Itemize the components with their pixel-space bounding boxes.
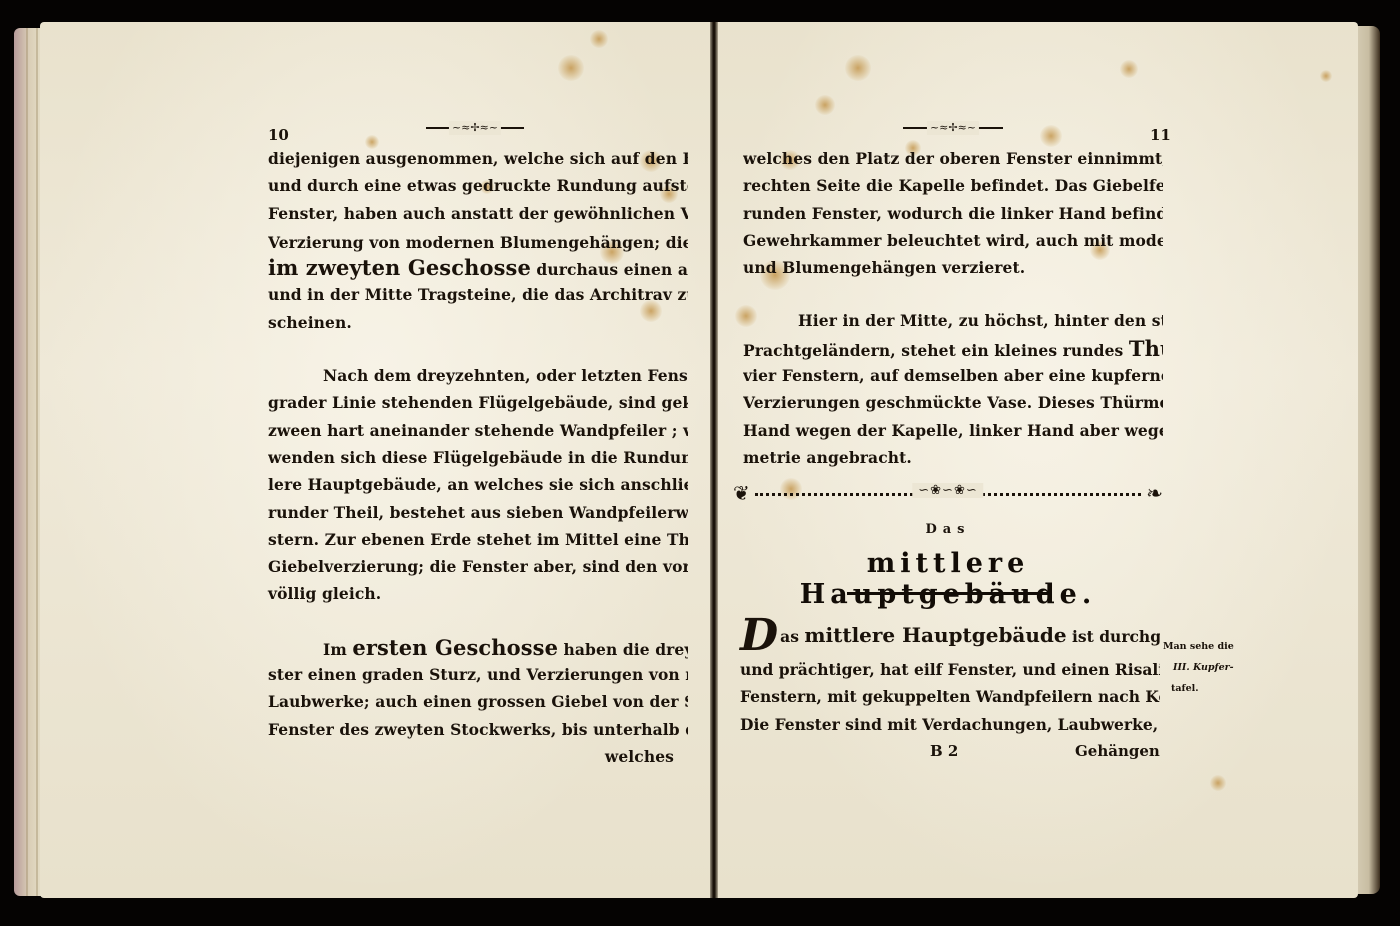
text-line: zween hart aneinander stehende Wandpfeil… bbox=[268, 417, 688, 444]
text-line: und in der Mitte Tragsteine, die das Arc… bbox=[268, 281, 688, 308]
decorative-vignette: ❦ ∽❀∽❀∽ ❧ bbox=[733, 482, 1163, 506]
margin-note: Man sehe die III. Kupfer- tafel. bbox=[1163, 636, 1235, 699]
page-number-right: 11 bbox=[1150, 126, 1171, 144]
text-line: rechten Seite die Kapelle befindet. Das … bbox=[743, 172, 1163, 199]
floral-ornament-icon: ∽❀∽❀∽ bbox=[912, 483, 983, 498]
text-line: Verzierung von modernen Blumengehängen; … bbox=[268, 227, 688, 254]
text-line: Giebelverzierung; die Fenster aber, sind… bbox=[268, 553, 688, 580]
section-paragraph: D as mittlere Hauptgebäude ist durchgehe… bbox=[740, 622, 1160, 738]
text-line: Hier in der Mitte, zu höchst, hinter den… bbox=[743, 307, 1163, 334]
text-line: stern. Zur ebenen Erde stehet im Mittel … bbox=[268, 526, 688, 553]
text-line: wenden sich diese Flügelgebäude in die R… bbox=[268, 444, 688, 471]
text-line: welches den Platz der oberen Fenster ein… bbox=[743, 145, 1163, 172]
section-heading-small: Das bbox=[733, 522, 1163, 537]
text-line: Prachtgeländern, stehet ein kleines rund… bbox=[743, 335, 1163, 362]
emphasis-text: im zweyten Geschosse bbox=[268, 255, 531, 280]
text-line: völlig gleich. bbox=[268, 580, 688, 607]
heading-rule bbox=[847, 592, 1049, 595]
page-number-left: 10 bbox=[268, 126, 289, 144]
text-line: Nach dem dreyzehnten, oder letzten Fenst… bbox=[268, 362, 688, 389]
left-page-body: diejenigen ausgenommen, welche sich auf … bbox=[268, 145, 688, 770]
drop-cap: D bbox=[740, 616, 778, 656]
text-line: und Blumengehängen verzieret. bbox=[743, 254, 1163, 281]
text-line: grader Linie stehenden Flügelgebäude, si… bbox=[268, 389, 688, 416]
text-line: und durch eine etwas gedruckte Rundung a… bbox=[268, 172, 688, 199]
text-line: lere Hauptgebäude, an welches sie sich a… bbox=[268, 471, 688, 498]
text-line: Laubwerke; auch einen grossen Giebel von… bbox=[268, 688, 688, 715]
text-line: scheinen. bbox=[268, 309, 688, 336]
header-ornament-right: ~≈✢≈~ bbox=[903, 124, 1003, 134]
text-line: Hand wegen der Kapelle, linker Hand aber… bbox=[743, 417, 1163, 444]
emphasis-text: ersten Geschosse bbox=[352, 635, 558, 660]
ornament-knot-icon: ~≈✢≈~ bbox=[927, 121, 979, 135]
text-line: diejenigen ausgenommen, welche sich auf … bbox=[268, 145, 688, 172]
catchword-left: welches bbox=[268, 743, 688, 770]
header-ornament-left: ~≈✢≈~ bbox=[426, 124, 524, 134]
emphasis-text: mittlere Hauptgebäude bbox=[804, 623, 1066, 647]
scroll-curl-icon: ❧ bbox=[1146, 482, 1163, 504]
text-line: as mittlere Hauptgebäude ist durchgehend… bbox=[780, 622, 1160, 654]
text-line: Im ersten Geschosse haben die drey mittl… bbox=[268, 634, 688, 661]
text-line: Die Fenster sind mit Verdachungen, Laubw… bbox=[740, 711, 1160, 738]
text-line: und prächtiger, hat eilf Fenster, und ei… bbox=[740, 656, 1160, 683]
signature-mark: B 2 bbox=[930, 742, 958, 760]
ornament-knot-icon: ~≈✢≈~ bbox=[449, 121, 501, 135]
open-book: 10 ~≈✢≈~ diejenigen ausgenommen, welche … bbox=[0, 0, 1400, 926]
text-line: runder Theil, bestehet aus sieben Wandpf… bbox=[268, 499, 688, 526]
section-heading: mittlere Hauptgebäude. bbox=[733, 548, 1163, 610]
scroll-curl-icon: ❦ bbox=[733, 482, 750, 504]
text-line: Fenstern, mit gekuppelten Wandpfeilern n… bbox=[740, 683, 1160, 710]
text-line: Fenster des zweyten Stockwerks, bis unte… bbox=[268, 716, 688, 743]
right-page-body: welches den Platz der oberen Fenster ein… bbox=[743, 145, 1163, 471]
text-line: im zweyten Geschosse durchaus einen abge… bbox=[268, 254, 688, 281]
text-line: Fenster, haben auch anstatt der gewöhnli… bbox=[268, 200, 688, 227]
book-gutter bbox=[710, 22, 718, 898]
text-line: runden Fenster, wodurch die linker Hand … bbox=[743, 200, 1163, 227]
text-line: vier Fenstern, auf demselben aber eine k… bbox=[743, 362, 1163, 389]
emphasis-text: Thürmchen bbox=[1129, 336, 1163, 361]
text-line: metrie angebracht. bbox=[743, 444, 1163, 471]
text-line: ster einen graden Sturz, und Verzierunge… bbox=[268, 661, 688, 688]
text-line: Verzierungen geschmückte Vase. Dieses Th… bbox=[743, 389, 1163, 416]
catchword-right: Gehängen bbox=[1075, 742, 1160, 760]
text-line: Gewehrkammer beleuchtet wird, auch mit m… bbox=[743, 227, 1163, 254]
